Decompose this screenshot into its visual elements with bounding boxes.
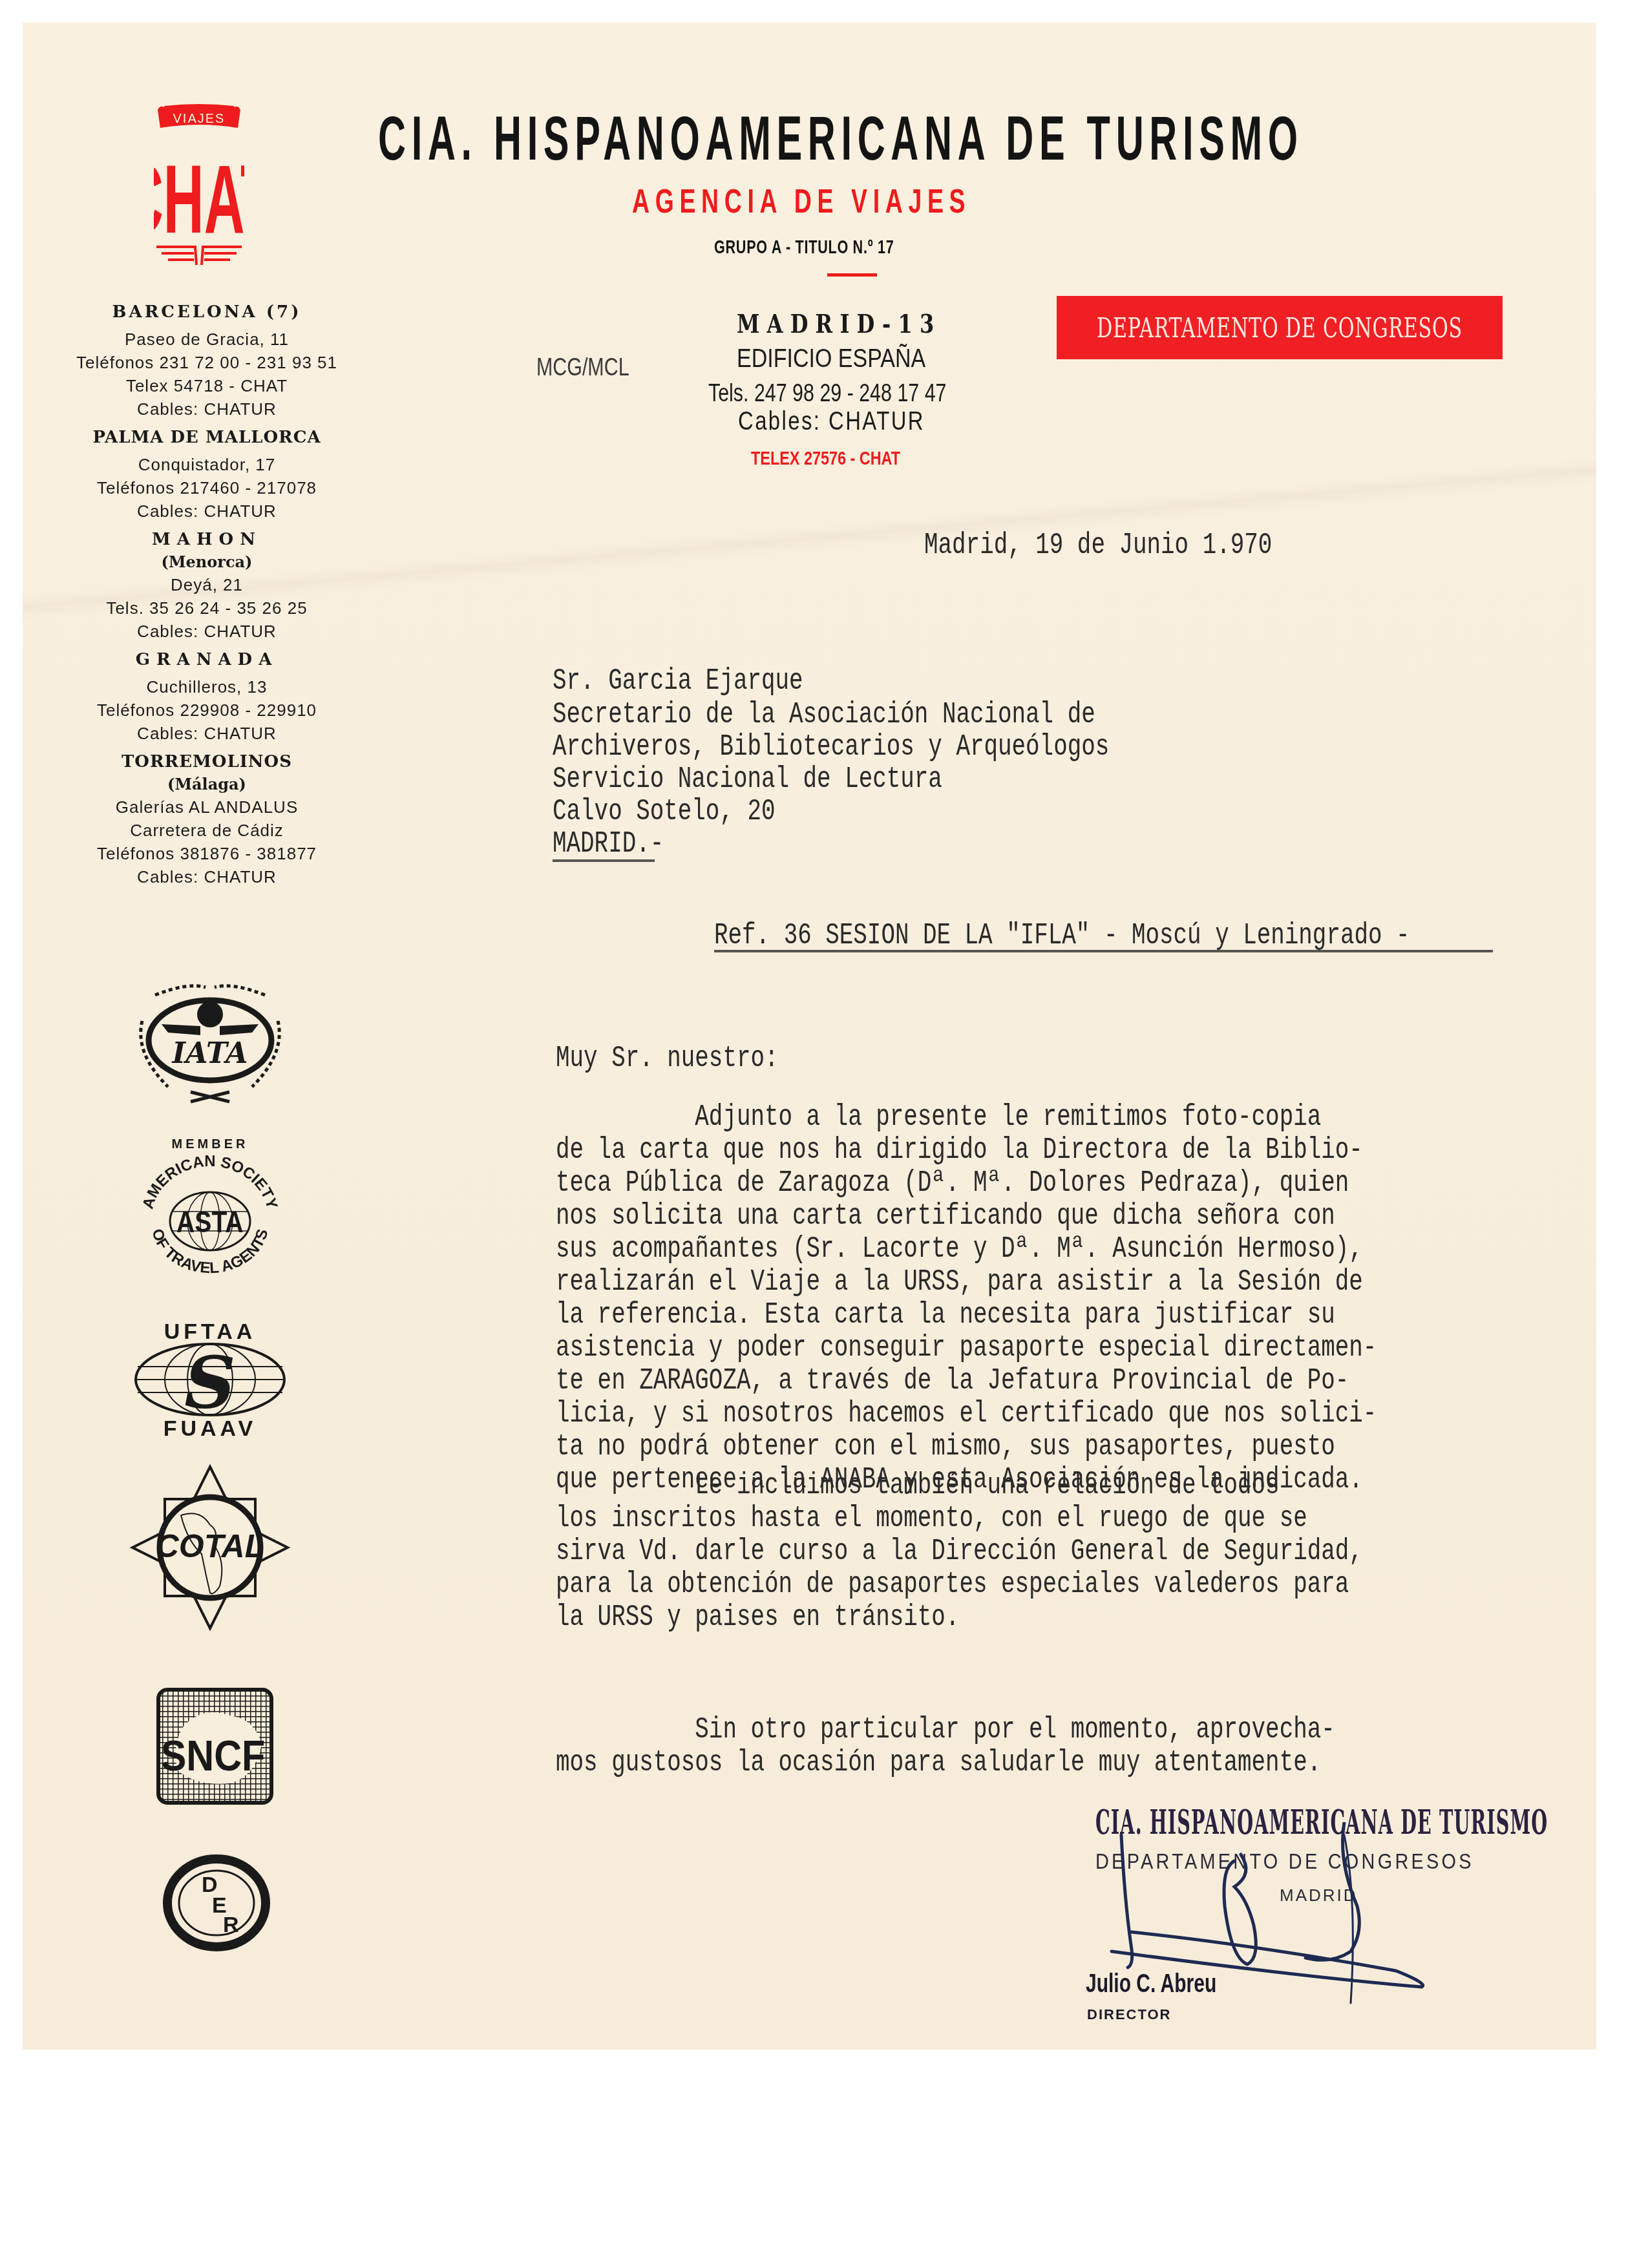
madrid-office-phones: Tels. 247 98 29 - 248 17 47	[708, 380, 946, 408]
office-city: BARCELONA (7)	[39, 300, 375, 324]
office-line: Cables: CHATUR	[39, 865, 375, 888]
office-line: Galerías AL ANDALUS	[39, 795, 375, 819]
svg-text:ASTA: ASTA	[176, 1206, 243, 1239]
office-line: Teléfonos 217460 - 217078	[39, 476, 375, 499]
svg-text:AMERICAN SOCIETY: AMERICAN SOCIETY	[140, 1153, 281, 1211]
office-palma: PALMA DE MALLORCA Conquistador, 17 Teléf…	[39, 426, 375, 523]
office-line: Cables: CHATUR	[39, 620, 375, 643]
svg-text:COTAL: COTAL	[156, 1528, 264, 1564]
reference-initials: MCG/MCL	[536, 354, 629, 382]
body-line: de la carta que nos ha dirigido la Direc…	[556, 1133, 1363, 1167]
svg-text:R: R	[223, 1913, 239, 1937]
body-line: realizarán el Viaje a la URSS, para asis…	[556, 1265, 1363, 1299]
body-line: Le incluimos también una relación de tod…	[556, 1469, 1280, 1502]
office-line: Paseo de Gracia, 11	[39, 328, 375, 351]
der-logo: D E R	[162, 1854, 271, 1951]
office-line: Tels. 35 26 24 - 35 26 25	[39, 596, 375, 620]
body-line: sus acompañantes (Sr. Lacorte y Dª. Mª. …	[556, 1232, 1363, 1266]
underline	[553, 859, 655, 862]
recipient-line: Sr. Garcia Ejarque	[553, 664, 803, 698]
office-mahon: MAHON (Menorca) Deyá, 21 Tels. 35 26 24 …	[39, 528, 375, 643]
body-line: la URSS y paises en tránsito.	[556, 1601, 959, 1634]
office-torremolinos: TORREMOLINOS (Málaga) Galerías AL ANDALU…	[39, 750, 375, 888]
body-line: ta no podrá obtener con el mismo, sus pa…	[556, 1430, 1335, 1464]
company-name: CIA. HISPANOAMERICANA DE TURISMO	[378, 103, 1304, 174]
svg-text:CHAT: CHAT	[154, 145, 244, 253]
body-line: la referencia. Esta carta la necesita pa…	[556, 1298, 1335, 1332]
letter-date: Madrid, 19 de Junio 1.970	[924, 529, 1272, 562]
cotal-logo: COTAL	[129, 1464, 291, 1632]
license-number: GRUPO A - TITULO N.º 17	[714, 236, 894, 258]
office-line: Conquistador, 17	[39, 453, 375, 476]
body-line: te en ZARAGOZA, a través de la Jefatura …	[556, 1364, 1349, 1398]
divider	[827, 273, 877, 277]
svg-text:SNCF: SNCF	[161, 1732, 266, 1780]
salutation: Muy Sr. nuestro:	[556, 1042, 779, 1075]
body-line: nos solicita una carta certificando que …	[556, 1199, 1335, 1233]
agency-subtitle: AGENCIA DE VIAJES	[632, 182, 971, 221]
office-city: MAHON	[39, 528, 375, 551]
body-line: para la obtención de pasaportes especial…	[556, 1568, 1349, 1601]
madrid-office-city: MADRID-13	[737, 309, 942, 339]
uftaa-logo: S UFTAA FUAAV	[132, 1318, 288, 1441]
office-region: (Menorca)	[39, 551, 375, 573]
recipient-line: Calvo Sotelo, 20	[553, 795, 776, 828]
office-city: GRANADA	[39, 648, 375, 671]
sncf-logo: SNCF	[152, 1680, 275, 1806]
office-line: Teléfonos 231 72 00 - 231 93 51	[39, 351, 375, 374]
office-line: Telex 54718 - CHAT	[39, 374, 375, 397]
body-line: asistencia y poder conseguir pasaporte e…	[556, 1331, 1377, 1365]
svg-text:S: S	[184, 1341, 235, 1424]
asta-logo: MEMBER AMERICAN SOCIETY OF TRAVEL AGENTS…	[132, 1134, 288, 1276]
office-line: Carretera de Cádiz	[39, 819, 375, 842]
body-line: Sin otro particular por el momento, apro…	[556, 1713, 1335, 1747]
reference-line: Ref. 36 SESION DE LA "IFLA" - Moscú y Le…	[714, 919, 1410, 952]
viajes-chat-logo: VIAJES CHAT	[154, 103, 244, 268]
office-line: Teléfonos 229908 - 229910	[39, 698, 375, 722]
office-line: Teléfonos 381876 - 381877	[39, 842, 375, 865]
iata-logo: IATA	[129, 976, 291, 1105]
madrid-office-cables: Cables: CHATUR	[738, 407, 925, 436]
recipient-line: Secretario de la Asociación Nacional de	[553, 698, 1095, 731]
body-line: teca Pública de Zaragoza (Dª. Mª. Dolore…	[556, 1166, 1349, 1200]
department-badge: DEPARTAMENTO DE CONGRESOS	[1057, 296, 1503, 359]
svg-text:VIAJES: VIAJES	[173, 112, 226, 126]
underline	[714, 950, 1493, 952]
recipient-line: Servicio Nacional de Lectura	[553, 762, 942, 796]
office-line: Deyá, 21	[39, 573, 375, 596]
madrid-office-telex: TELEX 27576 - CHAT	[751, 448, 900, 470]
office-line: Cables: CHATUR	[39, 397, 375, 421]
body-line: los inscritos hasta el momento, con el r…	[556, 1502, 1307, 1535]
signer-title: DIRECTOR	[1087, 2006, 1172, 2023]
svg-text:IATA: IATA	[171, 1037, 248, 1070]
office-region: (Málaga)	[39, 773, 375, 795]
svg-text:MEMBER: MEMBER	[172, 1137, 249, 1151]
office-line: Cables: CHATUR	[39, 722, 375, 745]
body-line: Adjunto a la presente le remitimos foto-…	[556, 1100, 1321, 1134]
office-barcelona: BARCELONA (7) Paseo de Gracia, 11 Teléfo…	[39, 300, 375, 421]
body-line: licia, y si nosotros hacemos el certific…	[556, 1397, 1377, 1431]
office-granada: GRANADA Cuchilleros, 13 Teléfonos 229908…	[39, 648, 375, 745]
recipient-line: Archiveros, Bibliotecarios y Arqueólogos	[553, 730, 1109, 764]
svg-text:FUAAV: FUAAV	[164, 1416, 257, 1441]
body-line: mos gustosos la ocasión para saludarle m…	[556, 1746, 1321, 1780]
recipient-city: MADRID.-	[553, 827, 664, 861]
body-line: sirva Vd. darle curso a la Dirección Gen…	[556, 1535, 1363, 1568]
signer-name: Julio C. Abreu	[1086, 1969, 1216, 1999]
office-city: TORREMOLINOS	[39, 750, 375, 773]
svg-text:UFTAA: UFTAA	[164, 1319, 257, 1344]
department-badge-label: DEPARTAMENTO DE CONGRESOS	[1097, 312, 1463, 344]
branch-offices: BARCELONA (7) Paseo de Gracia, 11 Teléfo…	[39, 300, 375, 894]
office-line: Cuchilleros, 13	[39, 675, 375, 698]
office-line: Cables: CHATUR	[39, 499, 375, 523]
office-city: PALMA DE MALLORCA	[39, 426, 375, 449]
madrid-office-building: EDIFICIO ESPAÑA	[737, 344, 925, 373]
